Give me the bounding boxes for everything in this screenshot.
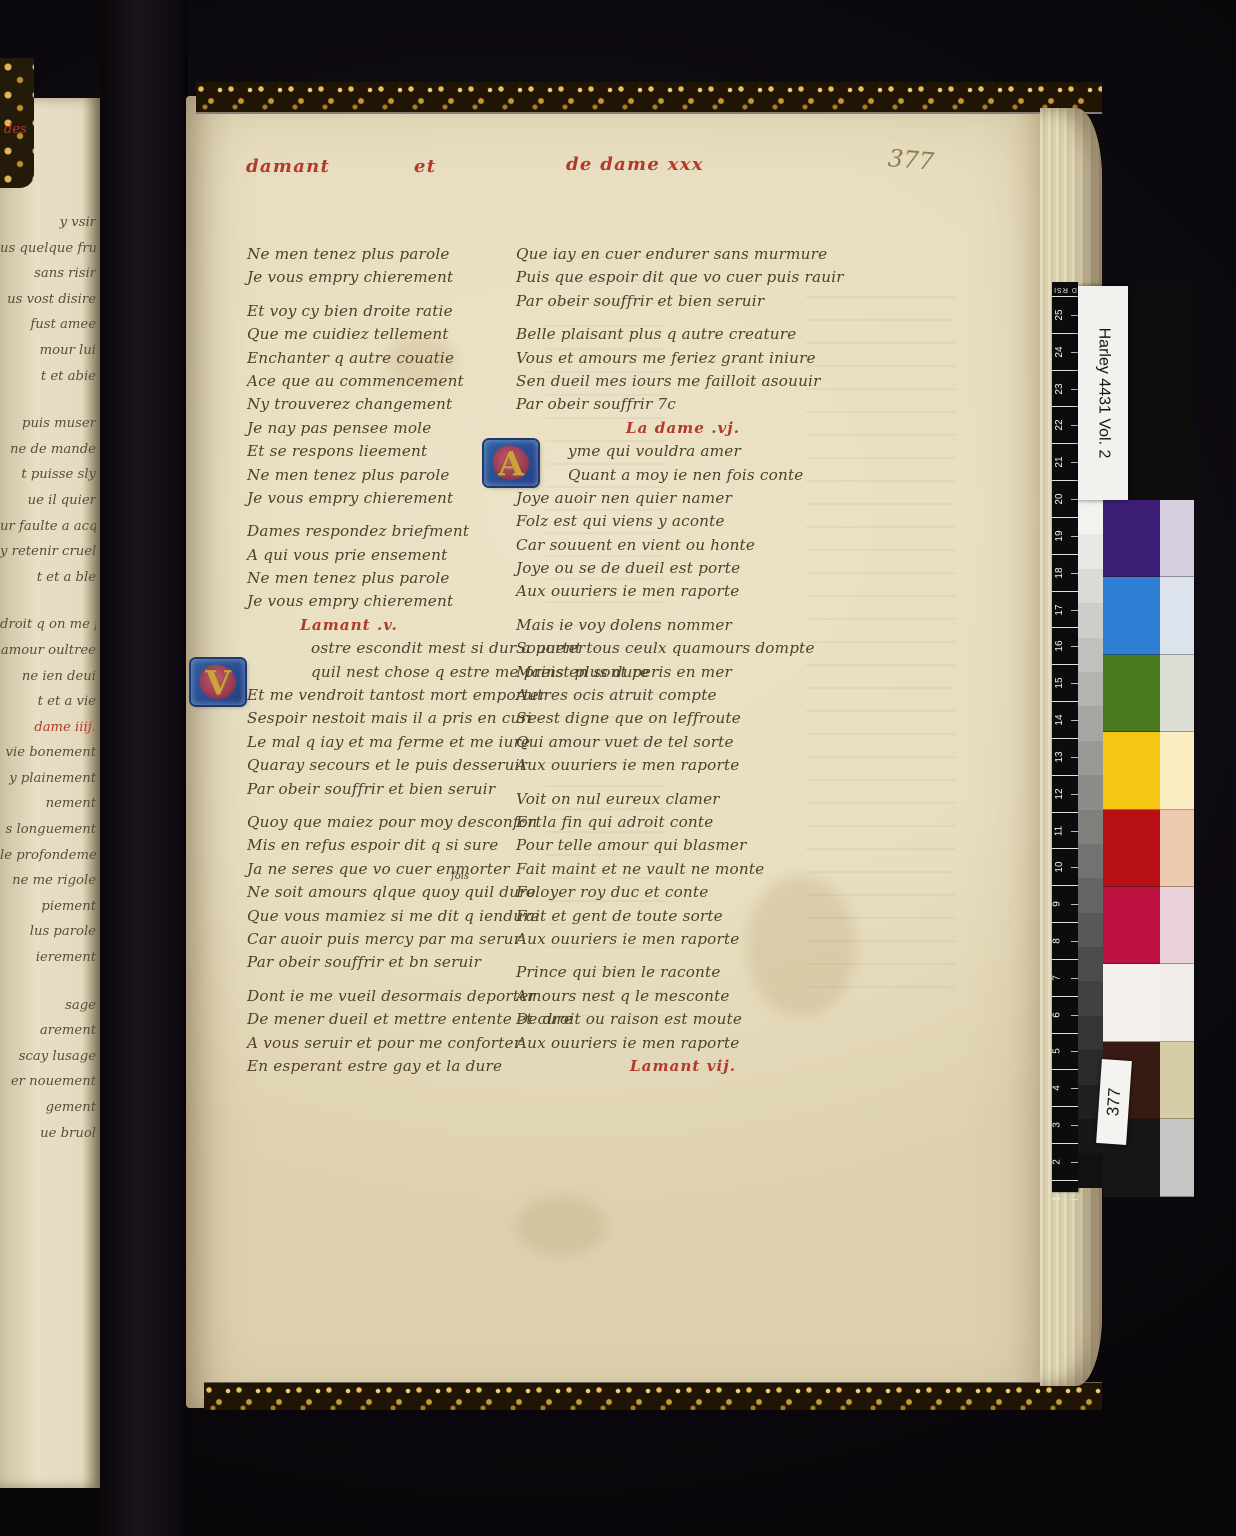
margin-fragment: us vost disire <box>0 287 96 313</box>
edge-fragment-red: des <box>4 122 27 137</box>
grayscale-step <box>1078 638 1103 672</box>
poem-line: Quaray secours et le puis desseruir <box>247 754 539 777</box>
margin-fragment: ue il quier <box>0 488 96 514</box>
poem-line: Lamant .v. <box>247 614 539 637</box>
poem-line <box>247 510 539 520</box>
margin-fragment: t et abie <box>0 364 96 390</box>
poem-line: Par obeir souffrir 7c <box>516 393 850 416</box>
poem-line: Enchanter q autre couatie <box>247 347 539 370</box>
margin-fragment: gement <box>0 1095 96 1121</box>
margin-fragment: ne de mande <box>0 437 96 463</box>
ruler-cell: 3 <box>1052 1106 1078 1143</box>
text-column-left: Ne men tenez plus parole Je vous empry c… <box>247 243 539 1078</box>
margin-fragment: y retenir cruel <box>0 539 96 565</box>
ruler-cell: 19 <box>1052 517 1078 554</box>
tint-patch <box>1160 732 1194 809</box>
margin-fragment: y plainement <box>0 766 96 792</box>
poem-line: En la fin qui adroit conte <box>516 811 850 834</box>
ruler-cell: 9 <box>1052 885 1078 922</box>
poem-line: Qui amour vuet de tel sorte <box>516 731 850 754</box>
ruler-number: 19 <box>1054 530 1065 541</box>
poem-line <box>247 801 539 811</box>
gilt-top-edge <box>196 82 1102 114</box>
margin-fragment: t et a ble <box>0 565 96 591</box>
poem-line: Ne men tenez plus parole <box>247 567 539 590</box>
ruler-number: 8 <box>1051 938 1062 944</box>
color-scale: D RSI 25 24 23 22 21 <box>1052 282 1194 1190</box>
poem-line: quil nest chose q estre me preist plus d… <box>247 661 539 684</box>
poem-line: Et voy cy bien droite ratie <box>247 300 539 323</box>
ruler-number: 24 <box>1054 346 1065 357</box>
black-reference-patch <box>1128 282 1194 500</box>
poem-line: Par obeir souffrir et bien seruir <box>516 290 850 313</box>
poem-line: Ny trouverez changement <box>247 393 539 416</box>
poem-line: Folz est qui viens y aconte <box>516 510 850 533</box>
ruler-cell: 21 <box>1052 443 1078 480</box>
poem-line: En esperant estre gay et la dure <box>247 1055 539 1078</box>
grayscale-step <box>1078 534 1103 568</box>
ruler-number: 22 <box>1054 420 1065 431</box>
facing-page-edge: des y vsir us quelque fruit sans risir u… <box>0 98 103 1488</box>
poem-line: Foloyer roy duc et conte <box>516 881 850 904</box>
parchment-stain <box>516 1196 606 1256</box>
grayscale-step <box>1078 810 1103 844</box>
margin-fragment: lus parole <box>0 919 96 945</box>
poem-line <box>247 975 539 985</box>
ruler-cell: 22 <box>1052 406 1078 443</box>
color-patch <box>1103 655 1160 732</box>
grayscale-step <box>1078 947 1103 981</box>
ruler-cell: 23 <box>1052 370 1078 407</box>
poem-line: Aux ouuriers ie men raporte <box>516 754 850 777</box>
margin-fragment: t puisse sly <box>0 462 96 488</box>
poem-line: ostre escondit mest si dur a porter <box>247 637 539 660</box>
margin-fragment <box>0 971 96 993</box>
margin-fragment: s longuement <box>0 817 96 843</box>
poem-line: Ne men tenez plus parole <box>247 243 539 266</box>
poem-line: Sespoir nestoit mais il a pris en cure <box>247 707 539 730</box>
poem-line: Et me vendroit tantost mort emporter <box>247 684 539 707</box>
interlinear-correction: fois <box>451 871 469 882</box>
ruler-cell: 10 <box>1052 848 1078 885</box>
margin-fragment: dame iiij. <box>0 715 96 741</box>
margin-fragment: arement <box>0 1018 96 1044</box>
margin-fragment: y vsir <box>0 210 96 236</box>
color-patch <box>1103 732 1160 809</box>
poem-line: Que iay en cuer endurer sans murmure <box>516 243 850 266</box>
ruler-number: 11 <box>1054 825 1065 835</box>
margin-fragment: us quelque fruit <box>0 236 96 262</box>
ruler-number: 15 <box>1054 678 1065 689</box>
poem-line: Lamant vij. <box>516 1055 850 1078</box>
ruler-cell: 2 <box>1052 1143 1078 1180</box>
poem-line: Aux ouuriers ie men raporte <box>516 1032 850 1055</box>
poem-line: Prince qui bien le raconte <box>516 961 850 984</box>
poem-line: Pour telle amour qui blasmer <box>516 834 850 857</box>
margin-fragment: le profondement <box>0 843 96 869</box>
ruler-number: 1 <box>1051 1196 1062 1202</box>
poem-line: Par obeir souffrir et bn seruir <box>247 951 539 974</box>
shelfmark-label: Harley 4431 Vol. 2 <box>1078 286 1128 500</box>
poem-line <box>247 290 539 300</box>
grayscale-step <box>1078 569 1103 603</box>
poem-line: Ne soit amours qlque quoy quil dure <box>247 881 539 904</box>
margin-fragment <box>0 590 96 612</box>
ruler-number: 3 <box>1051 1122 1062 1128</box>
ruler-cell: 8 <box>1052 922 1078 959</box>
poem-line <box>516 778 850 788</box>
ruler: 25 24 23 22 21 20 <box>1052 296 1078 1192</box>
ruler-cell: 12 <box>1052 775 1078 812</box>
grayscale-step <box>1078 1153 1103 1187</box>
margin-fragment: ue bruol <box>0 1121 96 1147</box>
color-patch <box>1103 887 1160 964</box>
tint-patch-column <box>1160 500 1194 1197</box>
ruler-cell: 24 <box>1052 333 1078 370</box>
ruler-number: 4 <box>1051 1086 1062 1092</box>
ruler-number: 17 <box>1054 604 1065 615</box>
ruler-cell: 16 <box>1052 627 1078 664</box>
margin-fragment: piement <box>0 894 96 920</box>
poem-line: Je vous empry chierement <box>247 590 539 613</box>
ruler-number: 18 <box>1054 567 1065 578</box>
color-patch <box>1103 810 1160 887</box>
ruler-number: 21 <box>1054 457 1065 468</box>
grayscale-step <box>1078 878 1103 912</box>
grayscale-step <box>1078 672 1103 706</box>
poem-line: Amours nest q le mesconte <box>516 985 850 1008</box>
ruler-cell: 11 <box>1052 812 1078 849</box>
poem-line: Si est digne que on leffroute <box>516 707 850 730</box>
ruler-number: 23 <box>1054 383 1065 394</box>
ruler-cell: 6 <box>1052 996 1078 1033</box>
ruler-cell: 13 <box>1052 738 1078 775</box>
poem-line: Mis en refus espoir dit q si sure <box>247 834 539 857</box>
ruler-top-text: D RSI <box>1052 282 1078 296</box>
poem-line: Fait maint et ne vault ne monte <box>516 858 850 881</box>
ruler-cell: 7 <box>1052 959 1078 996</box>
poem-line: Dont ie me vueil desormais deporter <box>247 985 539 1008</box>
margin-fragment: nement <box>0 791 96 817</box>
grayscale-step <box>1078 741 1103 775</box>
poem-line: Souuent tous ceulx quamours dompte <box>516 637 850 660</box>
poem-line: A qui vous prie ensement <box>247 544 539 567</box>
grayscale-step <box>1078 913 1103 947</box>
poem-line: Je vous empry chierement <box>247 487 539 510</box>
grayscale-step <box>1078 706 1103 740</box>
poem-line: A vous seruir et pour me conforter <box>247 1032 539 1055</box>
folio-label: 377 <box>1096 1059 1132 1145</box>
poem-line: Le mal q iay et ma ferme et me iure <box>247 731 539 754</box>
ruler-cell: 18 <box>1052 554 1078 591</box>
poem-line <box>516 313 850 323</box>
margin-fragment: er nouement <box>0 1069 96 1095</box>
illuminated-initial-a: A <box>484 440 538 486</box>
margin-fragment: sans risir <box>0 261 96 287</box>
poem-line: De mener dueil et mettre entente et cure <box>247 1008 539 1031</box>
poem-line: La dame .vj. <box>516 417 850 440</box>
ruler-number: 13 <box>1054 751 1065 762</box>
running-header-left-word2: et <box>414 156 436 177</box>
margin-fragment: fust amee <box>0 312 96 338</box>
poem-line: Voit on nul eureux clamer <box>516 788 850 811</box>
margin-fragment: ne ien deui <box>0 664 96 690</box>
grayscale-step <box>1078 844 1103 878</box>
margin-fragment: amour oultree <box>0 638 96 664</box>
running-header-right: de dame xxx <box>566 154 704 175</box>
ruler-cell: 14 <box>1052 701 1078 738</box>
ruler-number: 10 <box>1054 862 1065 873</box>
poem-line: Aux ouuriers ie men raporte <box>516 928 850 951</box>
margin-fragments: y vsir us quelque fruit sans risir us vo… <box>0 210 100 1146</box>
margin-fragment: ierement <box>0 945 96 971</box>
gilt-bottom-edge <box>204 1382 1102 1410</box>
poem-line: Sen dueil mes iours me failloit asouuir <box>516 370 850 393</box>
ruler-number: 20 <box>1054 493 1065 504</box>
ruler-number: 6 <box>1051 1012 1062 1018</box>
poem-line: Ja ne seres que vo cuer enmorter <box>247 858 539 881</box>
text-column-right: Que iay en cuer endurer sans murmure Pui… <box>516 243 850 1078</box>
tint-patch <box>1160 964 1194 1041</box>
ruler-number: 2 <box>1051 1159 1062 1165</box>
poem-line: Que me cuidiez tellement <box>247 323 539 346</box>
margin-fragment: ne me rigole <box>0 868 96 894</box>
poem-line: Que vous mamiez si me dit q iendure <box>247 905 539 928</box>
ruler-number: 16 <box>1054 641 1065 652</box>
poem-line: Puis que espoir dit que vo cuer puis rau… <box>516 266 850 289</box>
margin-fragment: t et a vie <box>0 689 96 715</box>
ruler-cell: 1 <box>1052 1180 1078 1217</box>
ruler-number: 7 <box>1051 975 1062 981</box>
running-header-left-word1: damant <box>246 156 330 177</box>
poem-line <box>516 604 850 614</box>
ruler-cell: 15 <box>1052 664 1078 701</box>
folio-number-handwritten: 377 <box>887 144 935 176</box>
margin-fragment: scay lusage <box>0 1044 96 1070</box>
ruler-number: 9 <box>1051 901 1062 907</box>
grayscale-step <box>1078 1016 1103 1050</box>
tint-patch <box>1160 810 1194 887</box>
poem-line <box>516 951 850 961</box>
poem-line: Dames respondez briefment <box>247 520 539 543</box>
margin-fragment: vie bonement <box>0 740 96 766</box>
margin-fragment: ur faulte a acquiert <box>0 514 96 540</box>
poem-line: Car souuent en vient ou honte <box>516 534 850 557</box>
poem-line: yme qui vouldra amer <box>516 440 850 463</box>
poem-line: Joye ou se de dueil est porte <box>516 557 850 580</box>
tint-patch <box>1160 1042 1194 1119</box>
margin-fragment: droit q on me fiert <box>0 612 96 638</box>
poem-line: Joye auoir nen quier namer <box>516 487 850 510</box>
margin-fragment: puis muser <box>0 411 96 437</box>
grayscale-step <box>1078 775 1103 809</box>
poem-line: Par obeir souffrir et bien seruir <box>247 778 539 801</box>
poem-line: Car auoir puis mercy par ma serur <box>247 928 539 951</box>
poem-line: Mains en sont peris en mer <box>516 661 850 684</box>
poem-line: Ace que au commencement <box>247 370 539 393</box>
poem-line: Je nay pas pensee mole <box>247 417 539 440</box>
color-patch <box>1103 500 1160 577</box>
ruler-cell: 25 <box>1052 296 1078 333</box>
poem-line: Fait et gent de toute sorte <box>516 905 850 928</box>
ruler-number: 14 <box>1054 714 1065 725</box>
book-strap <box>100 0 188 1536</box>
manuscript-photo: des y vsir us quelque fruit sans risir u… <box>0 0 1236 1536</box>
color-patch <box>1103 577 1160 654</box>
poem-line: Vous et amours me feriez grant iniure <box>516 347 850 370</box>
poem-line: Quoy que maiez pour moy desconfort <box>247 811 539 834</box>
margin-fragment: mour lui <box>0 338 96 364</box>
tint-patch <box>1160 1119 1194 1196</box>
poem-line: Aux ouuriers ie men raporte <box>516 580 850 603</box>
ruler-cell: 17 <box>1052 591 1078 628</box>
tint-patch <box>1160 887 1194 964</box>
ruler-cell: 4 <box>1052 1069 1078 1106</box>
grayscale-step <box>1078 603 1103 637</box>
tint-patch <box>1160 577 1194 654</box>
ruler-number: 25 <box>1054 309 1065 320</box>
tint-patch <box>1160 500 1194 577</box>
ruler-number: 12 <box>1054 788 1065 799</box>
ruler-number: 5 <box>1051 1049 1062 1055</box>
poem-line: Belle plaisant plus q autre creature <box>516 323 850 346</box>
poem-line: De droit ou raison est moute <box>516 1008 850 1031</box>
margin-fragment <box>0 389 96 411</box>
grayscale-step <box>1078 500 1103 534</box>
poem-line: Je vous empry chierement <box>247 266 539 289</box>
poem-line: Autres ocis atruit compte <box>516 684 850 707</box>
color-patch <box>1103 964 1160 1041</box>
grayscale-step <box>1078 1050 1103 1084</box>
ruler-cell: 5 <box>1052 1033 1078 1070</box>
grayscale-step <box>1078 981 1103 1015</box>
margin-fragment: sage <box>0 993 96 1019</box>
illuminated-initial-v: V <box>191 659 245 705</box>
tint-patch <box>1160 655 1194 732</box>
poem-line: Quant a moy ie nen fois conte <box>516 464 850 487</box>
ruler-cell: 20 <box>1052 480 1078 517</box>
poem-line: Mais ie voy dolens nommer <box>516 614 850 637</box>
